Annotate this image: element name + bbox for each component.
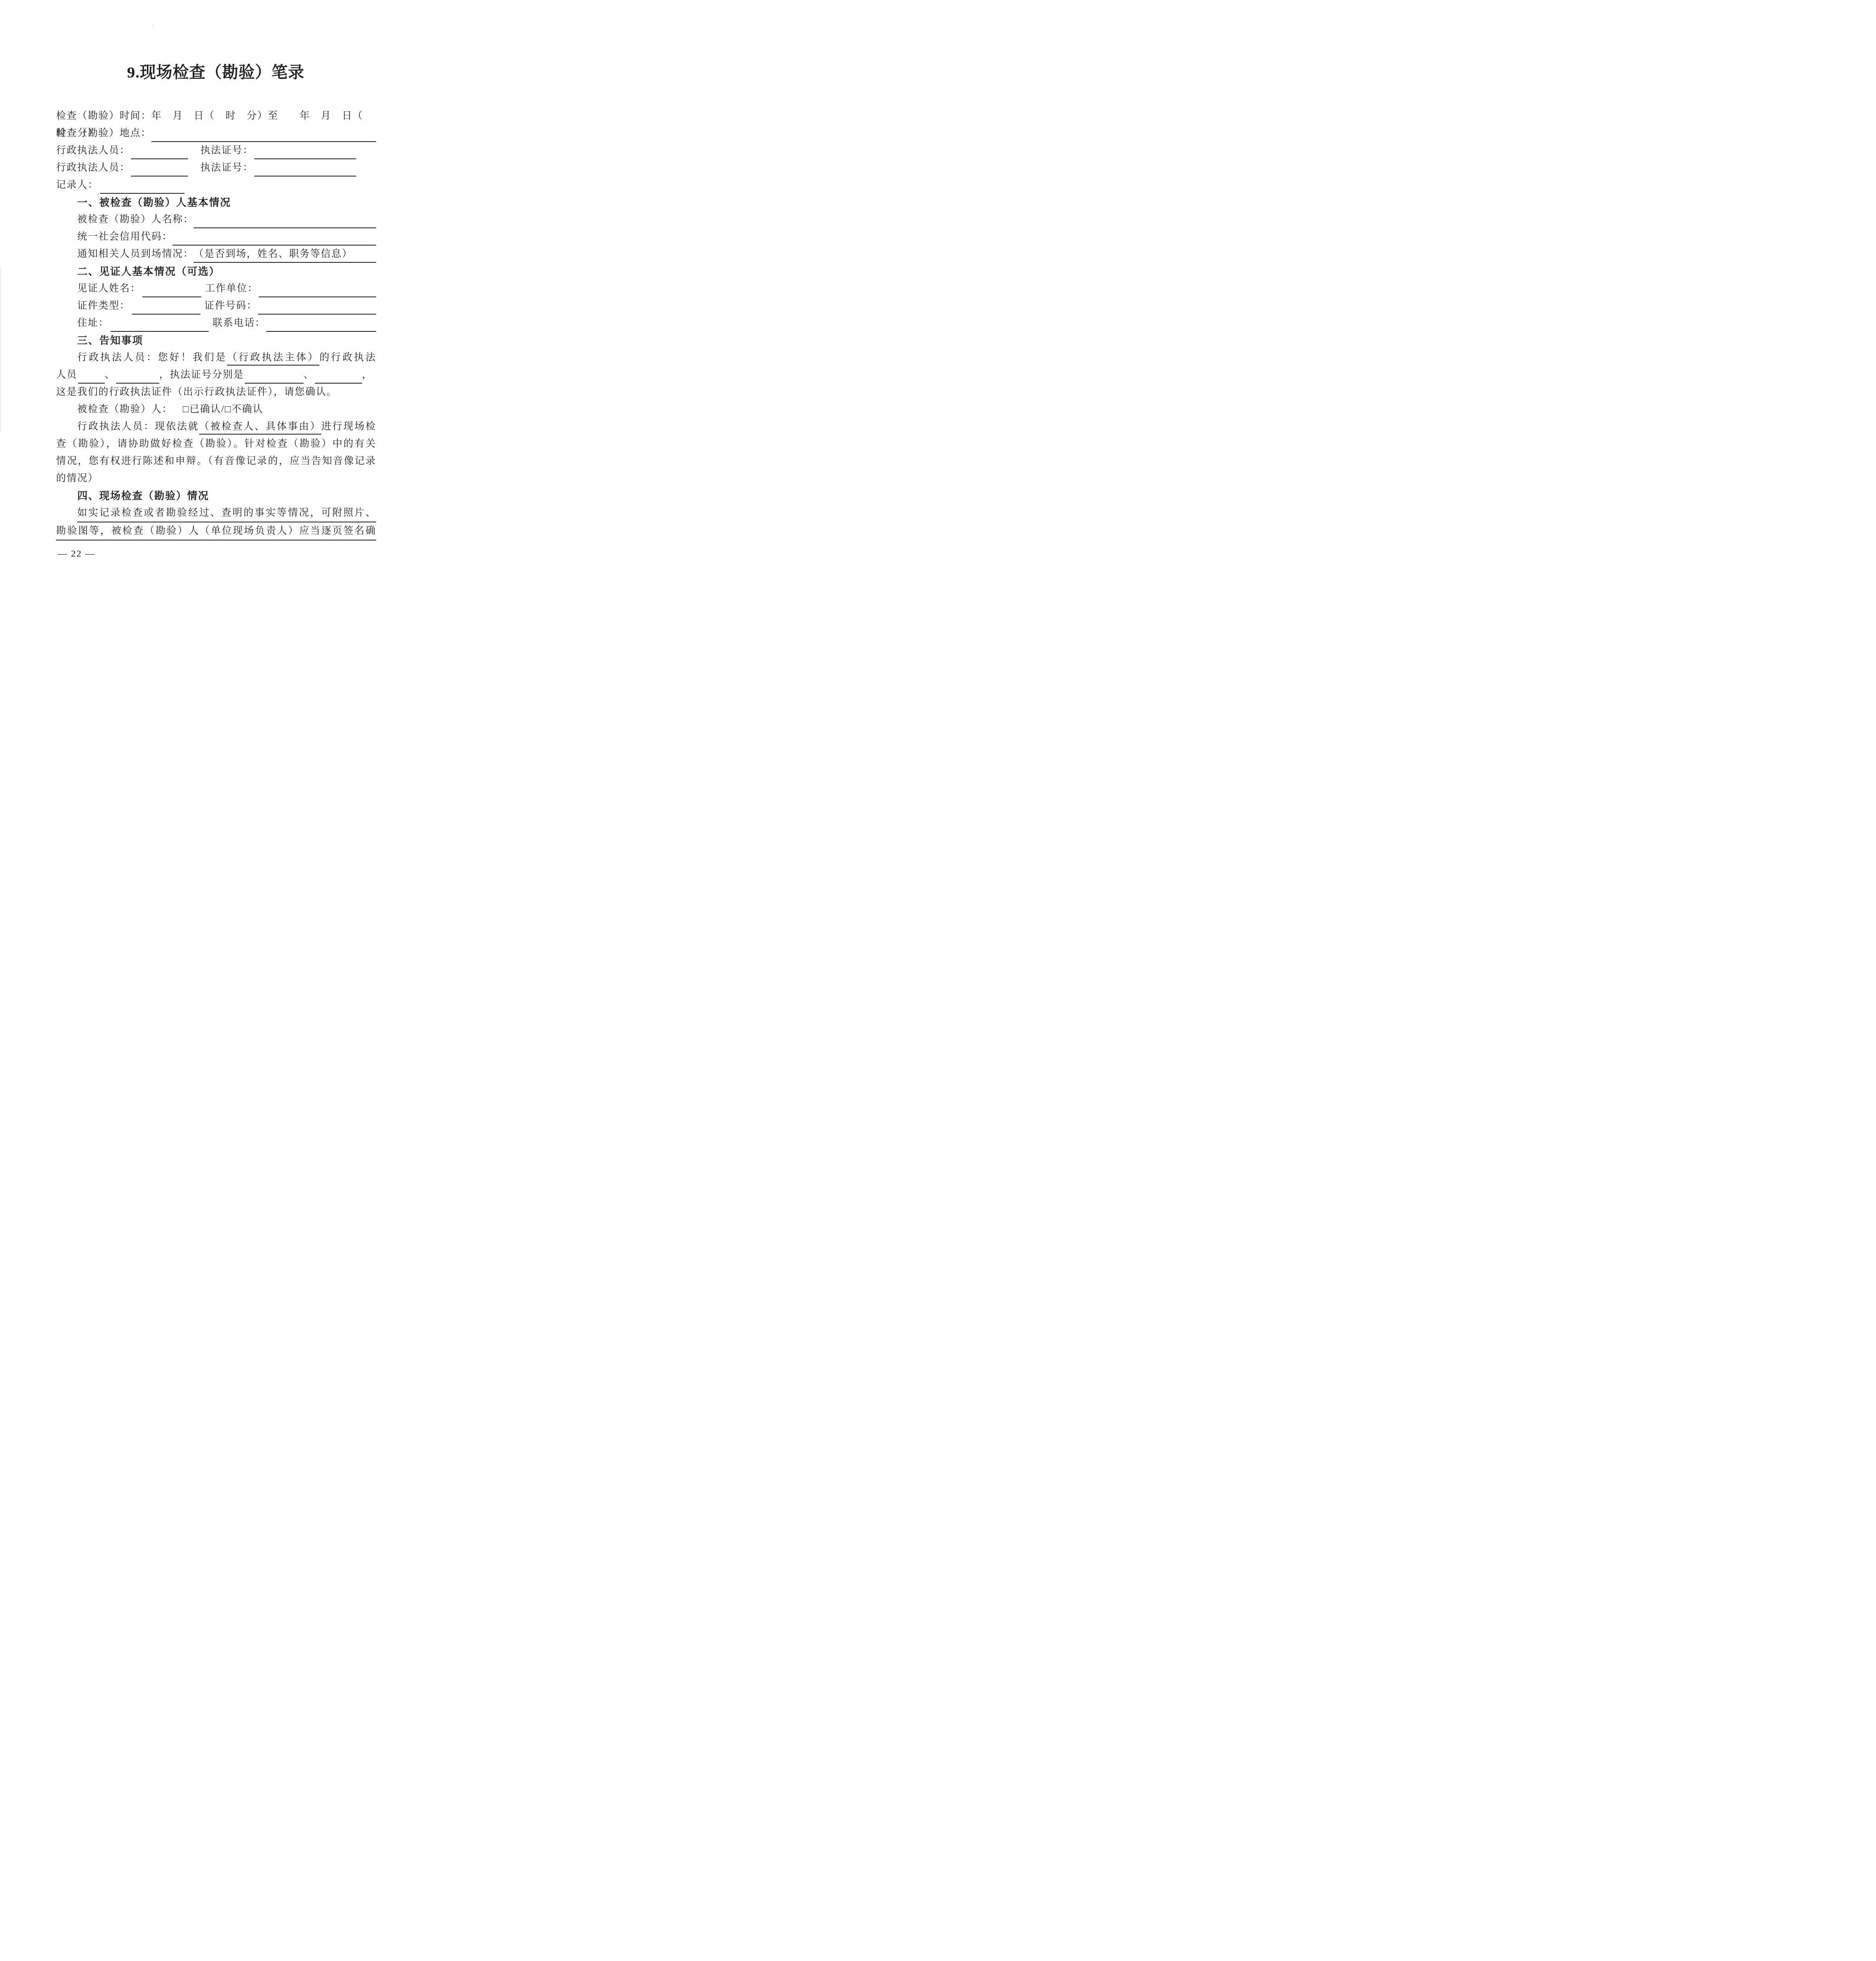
notify-blank — [353, 246, 376, 263]
scanned-document-page: { "doc": { "title": "9.现场检查（勘验）笔录", "pag… — [0, 0, 431, 609]
officer2-name-blank — [131, 159, 188, 176]
section1-heading: 一、被检查（勘验）人基本情况 — [56, 194, 376, 211]
inspection-location-blank — [151, 125, 376, 142]
notice-p2: 人员 、 ，执法证号分别是 、 ， — [56, 366, 376, 384]
cert2-blank — [254, 159, 356, 176]
confirm-options: □已确认/□不确认 — [183, 404, 263, 415]
employer-label: 工作单位： — [205, 280, 258, 297]
notice-p2-text2: ，执法证号分别是 — [159, 366, 244, 384]
notice-p4-blank: （被检查人、具体事由） — [199, 421, 321, 435]
inspected-name-blank — [194, 211, 376, 228]
officer1-label: 行政执法人员： — [56, 142, 130, 159]
officer2-label: 行政执法人员： — [56, 159, 130, 176]
credit-code-line: 统一社会信用代码： — [56, 228, 376, 246]
notify-hint: （是否到场，姓名、职务等信息） — [194, 246, 353, 263]
phone-label: 联系电话： — [213, 315, 266, 332]
notify-line: 通知相关人员到场情况： （是否到场，姓名、职务等信息） — [56, 246, 376, 263]
credit-code-label: 统一社会信用代码： — [77, 228, 173, 246]
recorder-label: 记录人： — [56, 176, 98, 194]
recorder-blank — [100, 176, 184, 194]
employer-blank — [259, 280, 376, 297]
witness-name-label: 见证人姓名： — [77, 280, 141, 297]
notice-p2-end: ， — [362, 366, 373, 384]
id-type-label: 证件类型： — [77, 297, 130, 315]
address-line: 住址： 联系电话： — [56, 315, 376, 332]
inspected-name-line: 被检查（勘验）人名称： — [56, 211, 376, 228]
notice-p4-suffix: 进行现场检 — [321, 421, 376, 432]
cert1-blank — [254, 142, 356, 159]
notice-p2-sep2: 、 — [304, 366, 314, 384]
id-number-blank — [258, 297, 376, 315]
section3-heading: 三、告知事项 — [56, 332, 376, 349]
notice-p1: 行政执法人员：您好！我们是（行政执法主体）的行政执法 — [56, 349, 376, 366]
witness-name-line: 见证人姓名： 工作单位： — [56, 280, 376, 297]
inspection-time-line: 检查（勘验）时间：年 月 日（ 时 分）至 年 月 日（ 时 分） — [56, 107, 376, 125]
form-body: 检查（勘验）时间：年 月 日（ 时 分）至 年 月 日（ 时 分） 检查（勘验）… — [56, 107, 376, 562]
notice-p1-prefix: 行政执法人员：您好！我们是 — [77, 352, 227, 363]
confirm-label: 被检查（勘验）人： — [77, 404, 173, 415]
officer2-line: 行政执法人员： 执法证号： — [56, 159, 376, 176]
notice-p3: 这是我们的行政执法证件（出示行政执法证件），请您确认。 — [56, 384, 376, 401]
notice-p4-prefix: 行政执法人员：现依法就 — [77, 421, 199, 432]
id-type-blank — [132, 297, 200, 315]
inspection-location-line: 检查（勘验）地点： — [56, 125, 376, 142]
notice-p1-suffix: 的行政执法 — [319, 352, 376, 363]
cert-number-blank-2 — [315, 366, 362, 384]
address-label: 住址： — [77, 315, 109, 332]
officer-name-blank-2 — [116, 366, 159, 384]
credit-code-blank — [173, 228, 376, 246]
section4-heading: 四、现场检查（勘验）情况 — [56, 487, 376, 504]
recorder-line: 记录人： — [56, 176, 376, 194]
id-type-line: 证件类型： 证件号码： — [56, 297, 376, 315]
scan-artifact — [153, 24, 154, 28]
cert1-label: 执法证号： — [200, 142, 253, 159]
notice-p5: 查（勘验），请协助做好检查（勘验）。针对检查（勘验）中的有关 — [56, 435, 376, 453]
officer1-line: 行政执法人员： 执法证号： — [56, 142, 376, 159]
notice-p7: 的情况） — [56, 470, 376, 487]
officer1-name-blank — [131, 142, 188, 159]
section4-p2: 勘验图等，被检查（勘验）人（单位现场负责人）应当逐页签名确 — [56, 522, 376, 540]
inspection-location-label: 检查（勘验）地点： — [56, 125, 151, 142]
phone-blank — [266, 315, 376, 332]
address-blank — [111, 315, 209, 332]
notice-p2-sep1: 、 — [105, 366, 115, 384]
confirm-line: 被检查（勘验）人：□已确认/□不确认 — [56, 401, 376, 418]
inspection-time-label: 检查（勘验）时间： — [56, 111, 151, 121]
notice-p6: 情况，您有权进行陈述和申辩。（有音像记录的，应当告知音像记录 — [56, 453, 376, 470]
section4-p1: 如实记录检查或者勘验经过、查明的事实等情况，可附照片、 — [77, 504, 376, 522]
officer-name-blank-1 — [78, 366, 105, 384]
cert-number-blank-1 — [245, 366, 304, 384]
notify-label: 通知相关人员到场情况： — [77, 246, 194, 263]
notice-p2-text1: 人员 — [56, 366, 77, 384]
inspected-name-label: 被检查（勘验）人名称： — [77, 211, 194, 228]
id-number-label: 证件号码： — [204, 297, 257, 315]
notice-p1-blank: （行政执法主体） — [227, 352, 319, 366]
cert2-label: 执法证号： — [200, 159, 253, 176]
witness-name-blank — [142, 280, 201, 297]
section2-heading: 二、见证人基本情况（可选） — [56, 263, 376, 280]
scan-artifact — [0, 267, 1, 431]
notice-p4: 行政执法人员：现依法就（被检查人、具体事由）进行现场检 — [56, 418, 376, 435]
page-number: — 22 — — [58, 546, 376, 562]
page-title: 9.现场检查（勘验）笔录 — [0, 63, 431, 82]
